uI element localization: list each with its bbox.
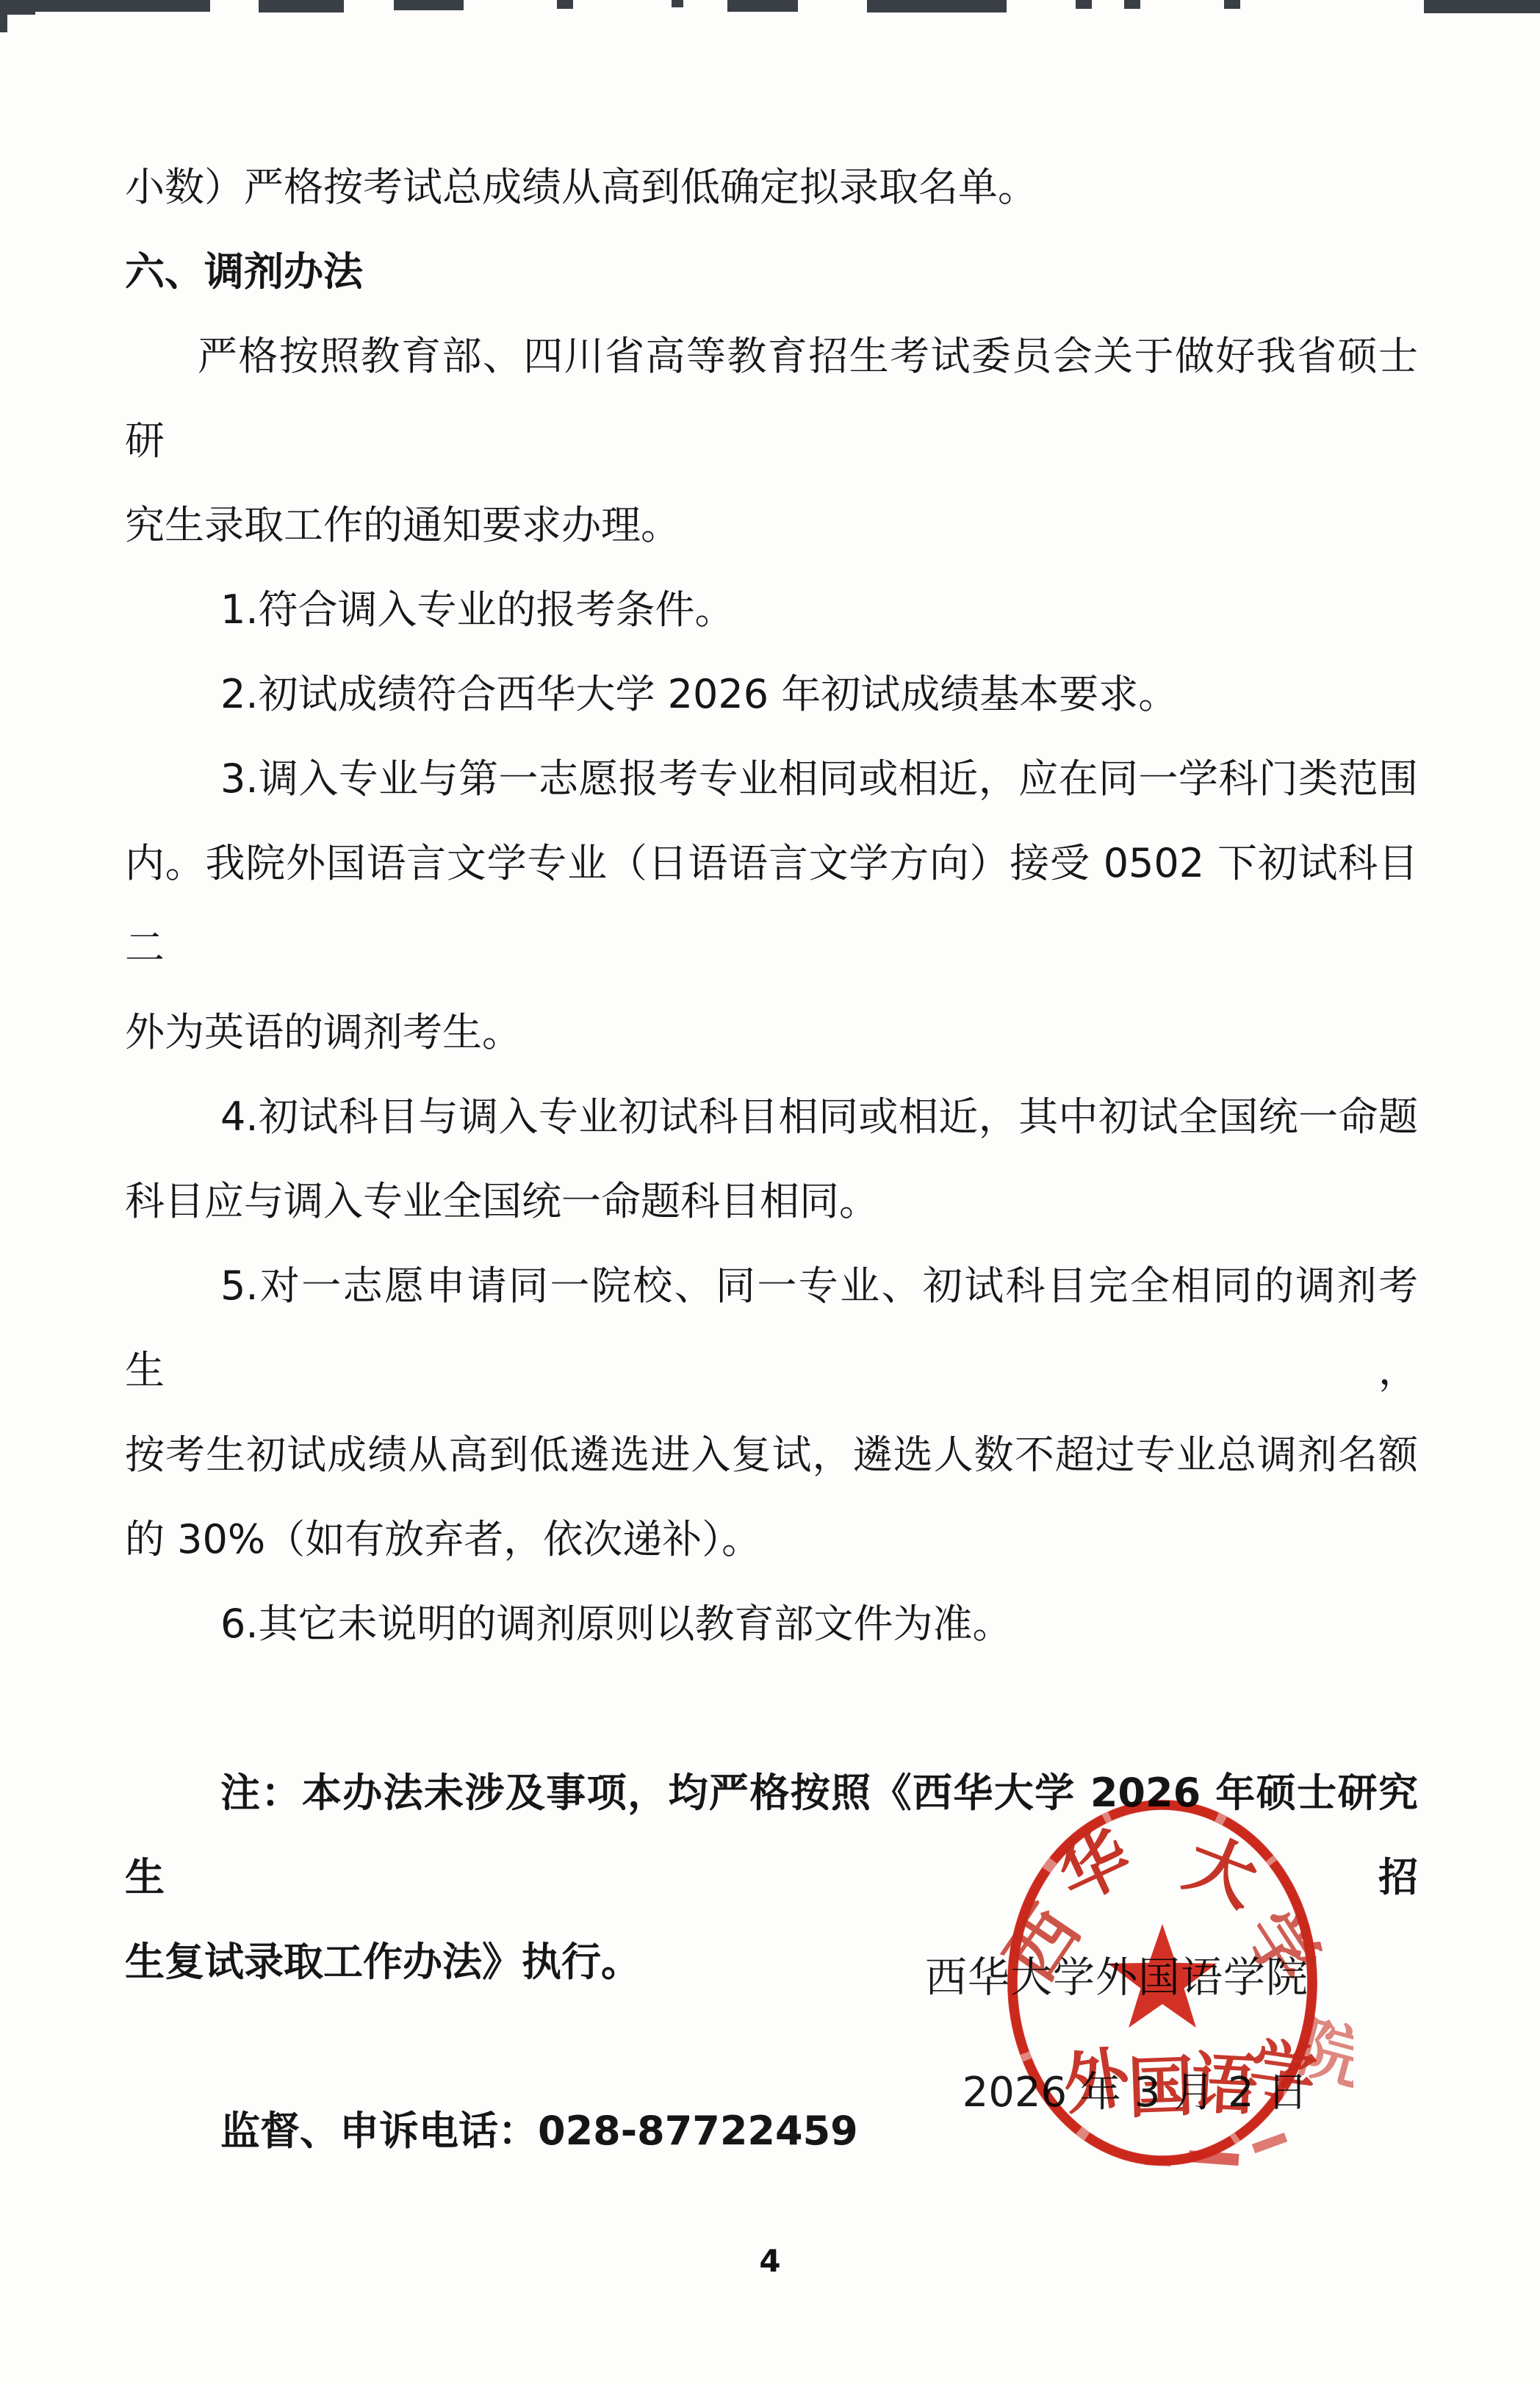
page-number: 4 xyxy=(0,2243,1540,2279)
official-seal: 西 华 大 学 外 国 语 学 院 xyxy=(971,1764,1353,2175)
body-line: 内。我院外国语言文学专业（日语语言文学方向）接受 0502 下初试科目二 xyxy=(125,821,1418,990)
list-item: 3.调入专业与第一志愿报考专业相同或相近，应在同一学科门类范围 xyxy=(125,736,1418,821)
body-line: 外为英语的调剂考生。 xyxy=(125,990,1418,1074)
blank-line xyxy=(125,1666,1418,1751)
body-line: 科目应与调入专业全国统一命题科目相同。 xyxy=(125,1159,1418,1243)
body-line: 严格按照教育部、四川省高等教育招生考试委员会关于做好我省硕士研 xyxy=(125,314,1418,483)
document-page: 小数）严格按考试总成绩从高到低确定拟录取名单。 六、调剂办法 严格按照教育部、四… xyxy=(0,0,1540,2384)
list-item: 6.其它未说明的调剂原则以教育部文件为准。 xyxy=(125,1581,1418,1666)
seal-bottom-char: 外 xyxy=(1057,2038,1136,2125)
list-item: 2.初试成绩符合西华大学 2026 年初试成绩基本要求。 xyxy=(125,652,1418,736)
list-item: 4.初试科目与调入专业初试科目相同或相近，其中初试全国统一命题 xyxy=(125,1074,1418,1159)
body-line: 究生录取工作的通知要求办理。 xyxy=(125,483,1418,567)
seal-star-icon xyxy=(1108,1924,1217,2028)
seal-smudge xyxy=(1145,2161,1171,2162)
seal-arc-char: 华 xyxy=(1046,1816,1143,1918)
body-line: 按考生初试成绩从高到低遴选进入复试，遴选人数不超过专业总调剂名额 xyxy=(125,1412,1418,1497)
list-item: 1.符合调入专业的报考条件。 xyxy=(125,567,1418,652)
seal-arc-char: 学 xyxy=(1229,1897,1334,1998)
seal-bottom-char: 国 xyxy=(1126,2048,1195,2128)
scan-edge-artifact xyxy=(0,0,1540,37)
section-heading: 六、调剂办法 xyxy=(125,229,1418,314)
seal-smudge xyxy=(1189,2156,1239,2160)
list-item: 5.对一志愿申请同一院校、同一专业、初试科目完全相同的调剂考生， xyxy=(125,1243,1418,1412)
body-line: 的 30%（如有放弃者，依次递补）。 xyxy=(125,1497,1418,1581)
body-line: 小数）严格按考试总成绩从高到低确定拟录取名单。 xyxy=(125,145,1418,229)
seal-smudge xyxy=(1253,2137,1286,2149)
